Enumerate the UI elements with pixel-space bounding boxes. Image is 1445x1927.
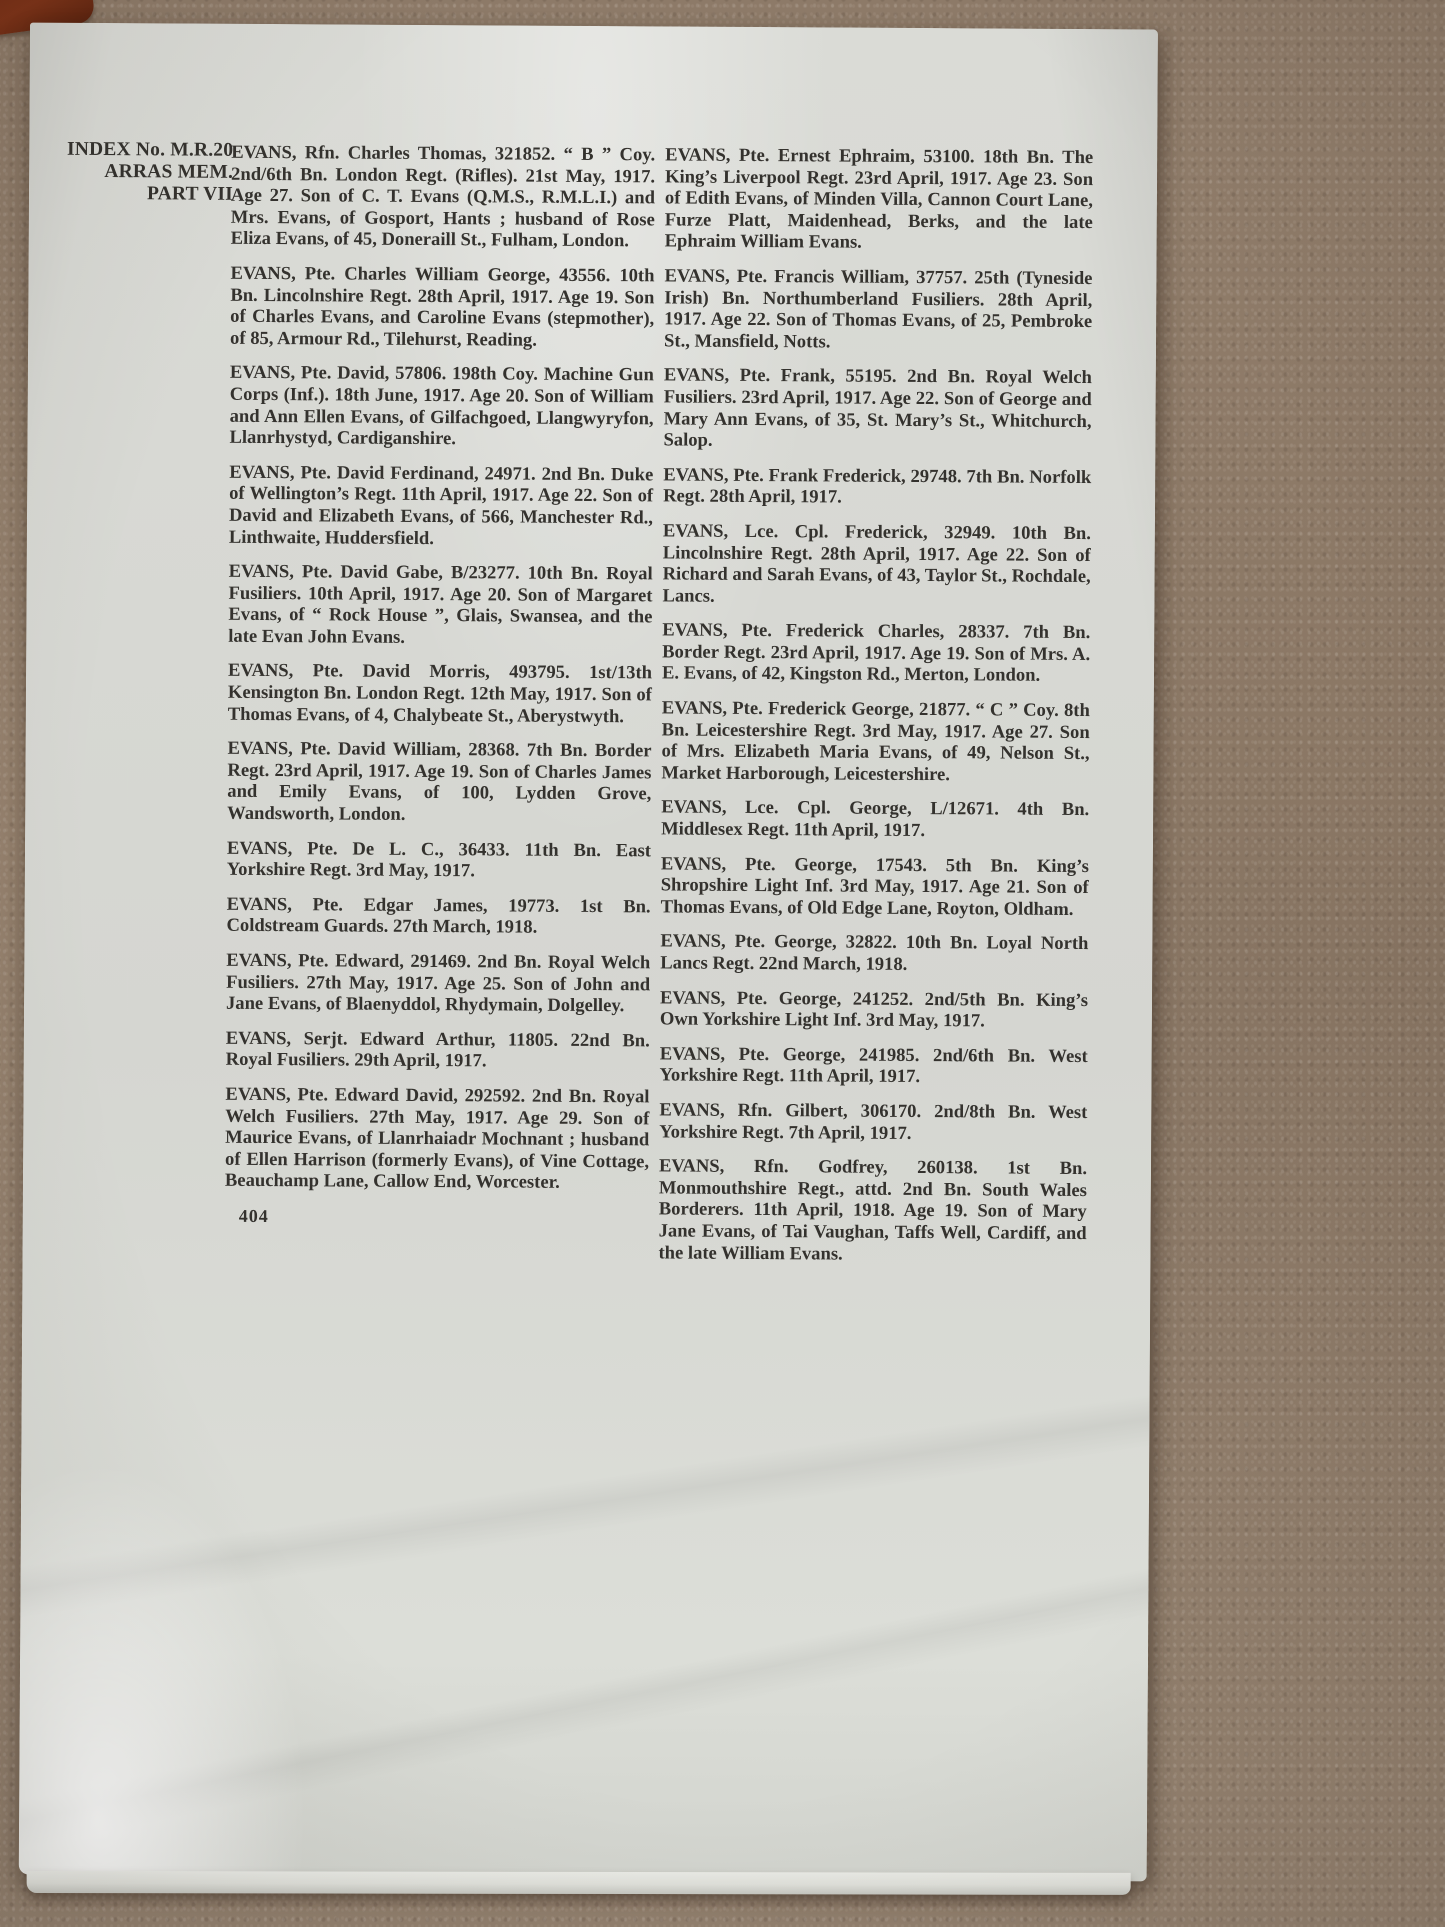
memorial-entry: EVANS, Pte. Edward, 291469. 2nd Bn. Roya…	[226, 950, 650, 1017]
memorial-entry: EVANS, Pte. Francis William, 37757. 25th…	[664, 265, 1093, 354]
memorial-entry: EVANS, Pte. Frederick George, 21877. “ C…	[661, 697, 1090, 786]
memorial-entry: EVANS, Pte. Frank Frederick, 29748. 7th …	[663, 464, 1091, 510]
memorial-entry: EVANS, Rfn. Charles Thomas, 321852. “ B …	[231, 142, 656, 253]
memorial-entry: EVANS, Pte. George, 241985. 2nd/6th Bn. …	[660, 1043, 1088, 1089]
left-column: EVANS, Rfn. Charles Thomas, 321852. “ B …	[225, 142, 655, 1208]
memorial-entry: EVANS, Serjt. Edward Arthur, 11805. 22nd…	[226, 1028, 650, 1074]
underlying-page-edge	[27, 1871, 1131, 1895]
memorial-entry: EVANS, Rfn. Godfrey, 260138. 1st Bn. Mon…	[658, 1156, 1087, 1267]
page-number: 404	[239, 1206, 269, 1227]
memorial-entry: EVANS, Pte. Edgar James, 19773. 1st Bn. …	[226, 894, 650, 940]
memorial-entry: EVANS, Pte. Ernest Ephraim, 53100. 18th …	[665, 144, 1094, 255]
memorial-entry: EVANS, Pte. David William, 28368. 7th Bn…	[227, 738, 652, 827]
index-number-label: INDEX No. M.R.20	[55, 139, 233, 162]
memorial-entry: EVANS, Pte. David Morris, 493795. 1st/13…	[228, 660, 652, 727]
memorial-entry: EVANS, Pte. David Gabe, B/23277. 10th Bn…	[228, 561, 653, 650]
memorial-entry: EVANS, Pte. George, 17543. 5th Bn. King’…	[661, 853, 1089, 920]
memorial-entry: EVANS, Lce. Cpl. Frederick, 32949. 10th …	[662, 520, 1091, 609]
memorial-entry: EVANS, Pte. George, 32822. 10th Bn. Loya…	[660, 931, 1088, 977]
memorial-label: ARRAS MEM.	[55, 161, 233, 184]
memorial-entry: EVANS, Pte. Frank, 55195. 2nd Bn. Royal …	[663, 365, 1092, 454]
memorial-entry: EVANS, Pte. Charles William George, 4355…	[230, 263, 655, 352]
memorial-entry: EVANS, Pte. Frederick Charles, 28337. 7t…	[662, 620, 1090, 687]
part-label: PART VII	[55, 183, 233, 206]
document-page: INDEX No. M.R.20 ARRAS MEM. PART VII EVA…	[19, 23, 1158, 1882]
memorial-entry: EVANS, Pte. Edward David, 292592. 2nd Bn…	[225, 1084, 650, 1195]
memorial-entry: EVANS, Pte. George, 241252. 2nd/5th Bn. …	[660, 987, 1088, 1033]
memorial-entry: EVANS, Pte. David, 57806. 198th Coy. Mac…	[229, 362, 654, 451]
memorial-entry: EVANS, Lce. Cpl. George, L/12671. 4th Bn…	[661, 797, 1089, 843]
margin-header: INDEX No. M.R.20 ARRAS MEM. PART VII	[55, 139, 233, 206]
carpet-background: INDEX No. M.R.20 ARRAS MEM. PART VII EVA…	[0, 0, 1445, 1927]
memorial-entry: EVANS, Pte. De L. C., 36433. 11th Bn. Ea…	[227, 837, 651, 883]
memorial-entry: EVANS, Rfn. Gilbert, 306170. 2nd/8th Bn.…	[659, 1099, 1087, 1145]
right-column: EVANS, Pte. Ernest Ephraim, 53100. 18th …	[658, 144, 1093, 1279]
memorial-entry: EVANS, Pte. David Ferdinand, 24971. 2nd …	[229, 461, 654, 550]
